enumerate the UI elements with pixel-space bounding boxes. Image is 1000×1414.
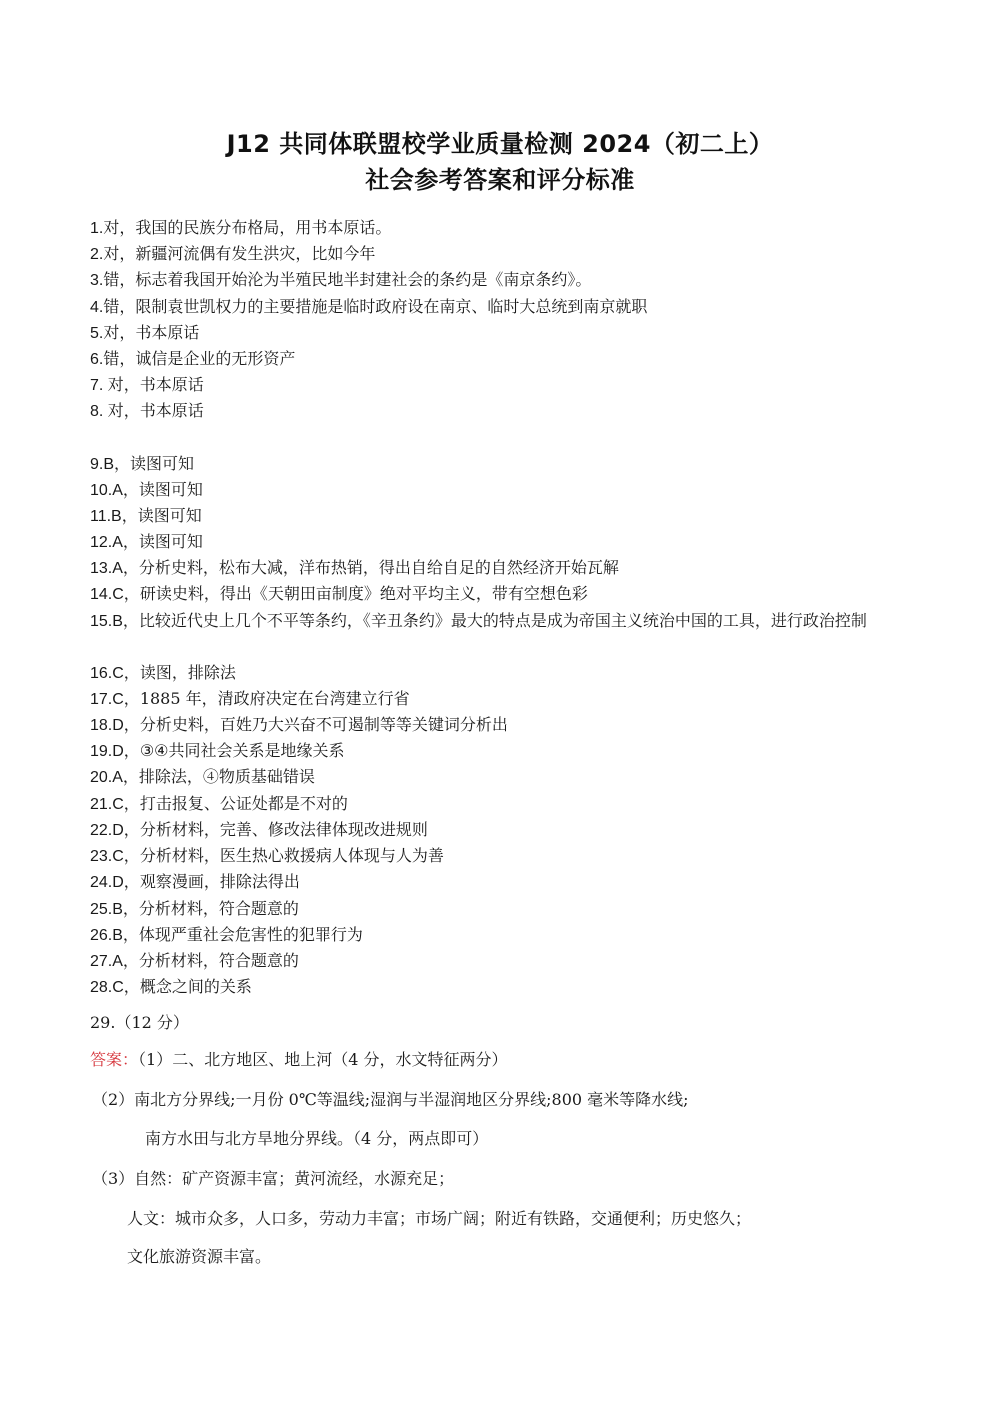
question-29-part3-line1: （3）自然：矿产资源丰富；黄河流经，水源充足； [92,1169,454,1189]
document-title: J12 共同体联盟校学业质量检测 2024（初二上） [0,124,1000,159]
question-29-part2-line2: 南方水田与北方旱地分界线。（4 分，两点即可） [145,1129,488,1149]
answer-item-17: 17.C，1885 年，清政府决定在台湾建立行省 [90,689,410,710]
answer-item-2: 2.对，新疆河流偶有发生洪灾，比如今年 [90,244,375,265]
answer-item-10: 10.A，读图可知 [90,480,203,501]
document-page: J12 共同体联盟校学业质量检测 2024（初二上） 社会参考答案和评分标准 1… [0,0,1000,1414]
answer-item-21: 21.C，打击报复、公证处都是不对的 [90,794,348,815]
answer-item-11: 11.B，读图可知 [90,506,202,527]
answer-item-25: 25.B，分析材料，符合题意的 [90,899,299,920]
answer-item-4: 4.错，限制袁世凯权力的主要措施是临时政府设在南京、临时大总统到南京就职 [90,297,647,318]
question-29-header: 29.（12 分） [90,1013,189,1033]
answer-item-7: 7. 对，书本原话 [90,375,204,396]
document-subtitle: 社会参考答案和评分标准 [0,160,1000,195]
answer-item-23: 23.C，分析材料，医生热心救援病人体现与人为善 [90,846,444,867]
answer-item-8: 8. 对，书本原话 [90,401,204,422]
answer-item-28: 28.C，概念之间的关系 [90,977,252,998]
question-29-part3-line3: 文化旅游资源丰富。 [127,1247,271,1267]
answer-item-13: 13.A，分析史料，松布大减，洋布热销，得出自给自足的自然经济开始瓦解 [90,558,619,579]
answer-label: 答案： [90,1050,138,1069]
answer-item-3: 3.错，标志着我国开始沦为半殖民地半封建社会的条约是《南京条约》。 [90,270,591,291]
answer-item-24: 24.D，观察漫画，排除法得出 [90,872,300,893]
question-29-part2-line1: （2）南北方分界线;一月份 0℃等温线;湿润与半湿润地区分界线;800 毫米等降… [92,1090,689,1110]
answer-item-5: 5.对，书本原话 [90,323,199,344]
answer-item-19: 19.D，③④共同社会关系是地缘关系 [90,741,345,762]
answer-item-1: 1.对，我国的民族分布格局，用书本原话。 [90,218,391,239]
question-29-part3-line2: 人文：城市众多，人口多，劳动力丰富；市场广阔；附近有铁路，交通便利；历史悠久； [127,1209,751,1229]
answer-item-15: 15.B，比较近代史上几个不平等条约，《辛丑条约》最大的特点是成为帝国主义统治中… [90,608,920,635]
answer-item-14: 14.C，研读史料，得出《天朝田亩制度》绝对平均主义，带有空想色彩 [90,584,588,605]
answer-item-16: 16.C，读图，排除法 [90,663,236,684]
question-29-part1: 答案：（1）二、北方地区、地上河（4 分，水文特征两分） [90,1050,507,1070]
answer-item-22: 22.D，分析材料，完善、修改法律体现改进规则 [90,820,428,841]
answer-item-12: 12.A，读图可知 [90,532,203,553]
answer-item-6: 6.错，诚信是企业的无形资产 [90,349,295,370]
answer-item-27: 27.A，分析材料，符合题意的 [90,951,299,972]
answer-item-9: 9.B，读图可知 [90,454,194,475]
answer-item-18: 18.D，分析史料，百姓乃大兴奋不可遏制等等关键词分析出 [90,715,508,736]
answer-item-20: 20.A，排除法，④物质基础错误 [90,767,315,788]
answer-item-26: 26.B，体现严重社会危害性的犯罪行为 [90,925,363,946]
